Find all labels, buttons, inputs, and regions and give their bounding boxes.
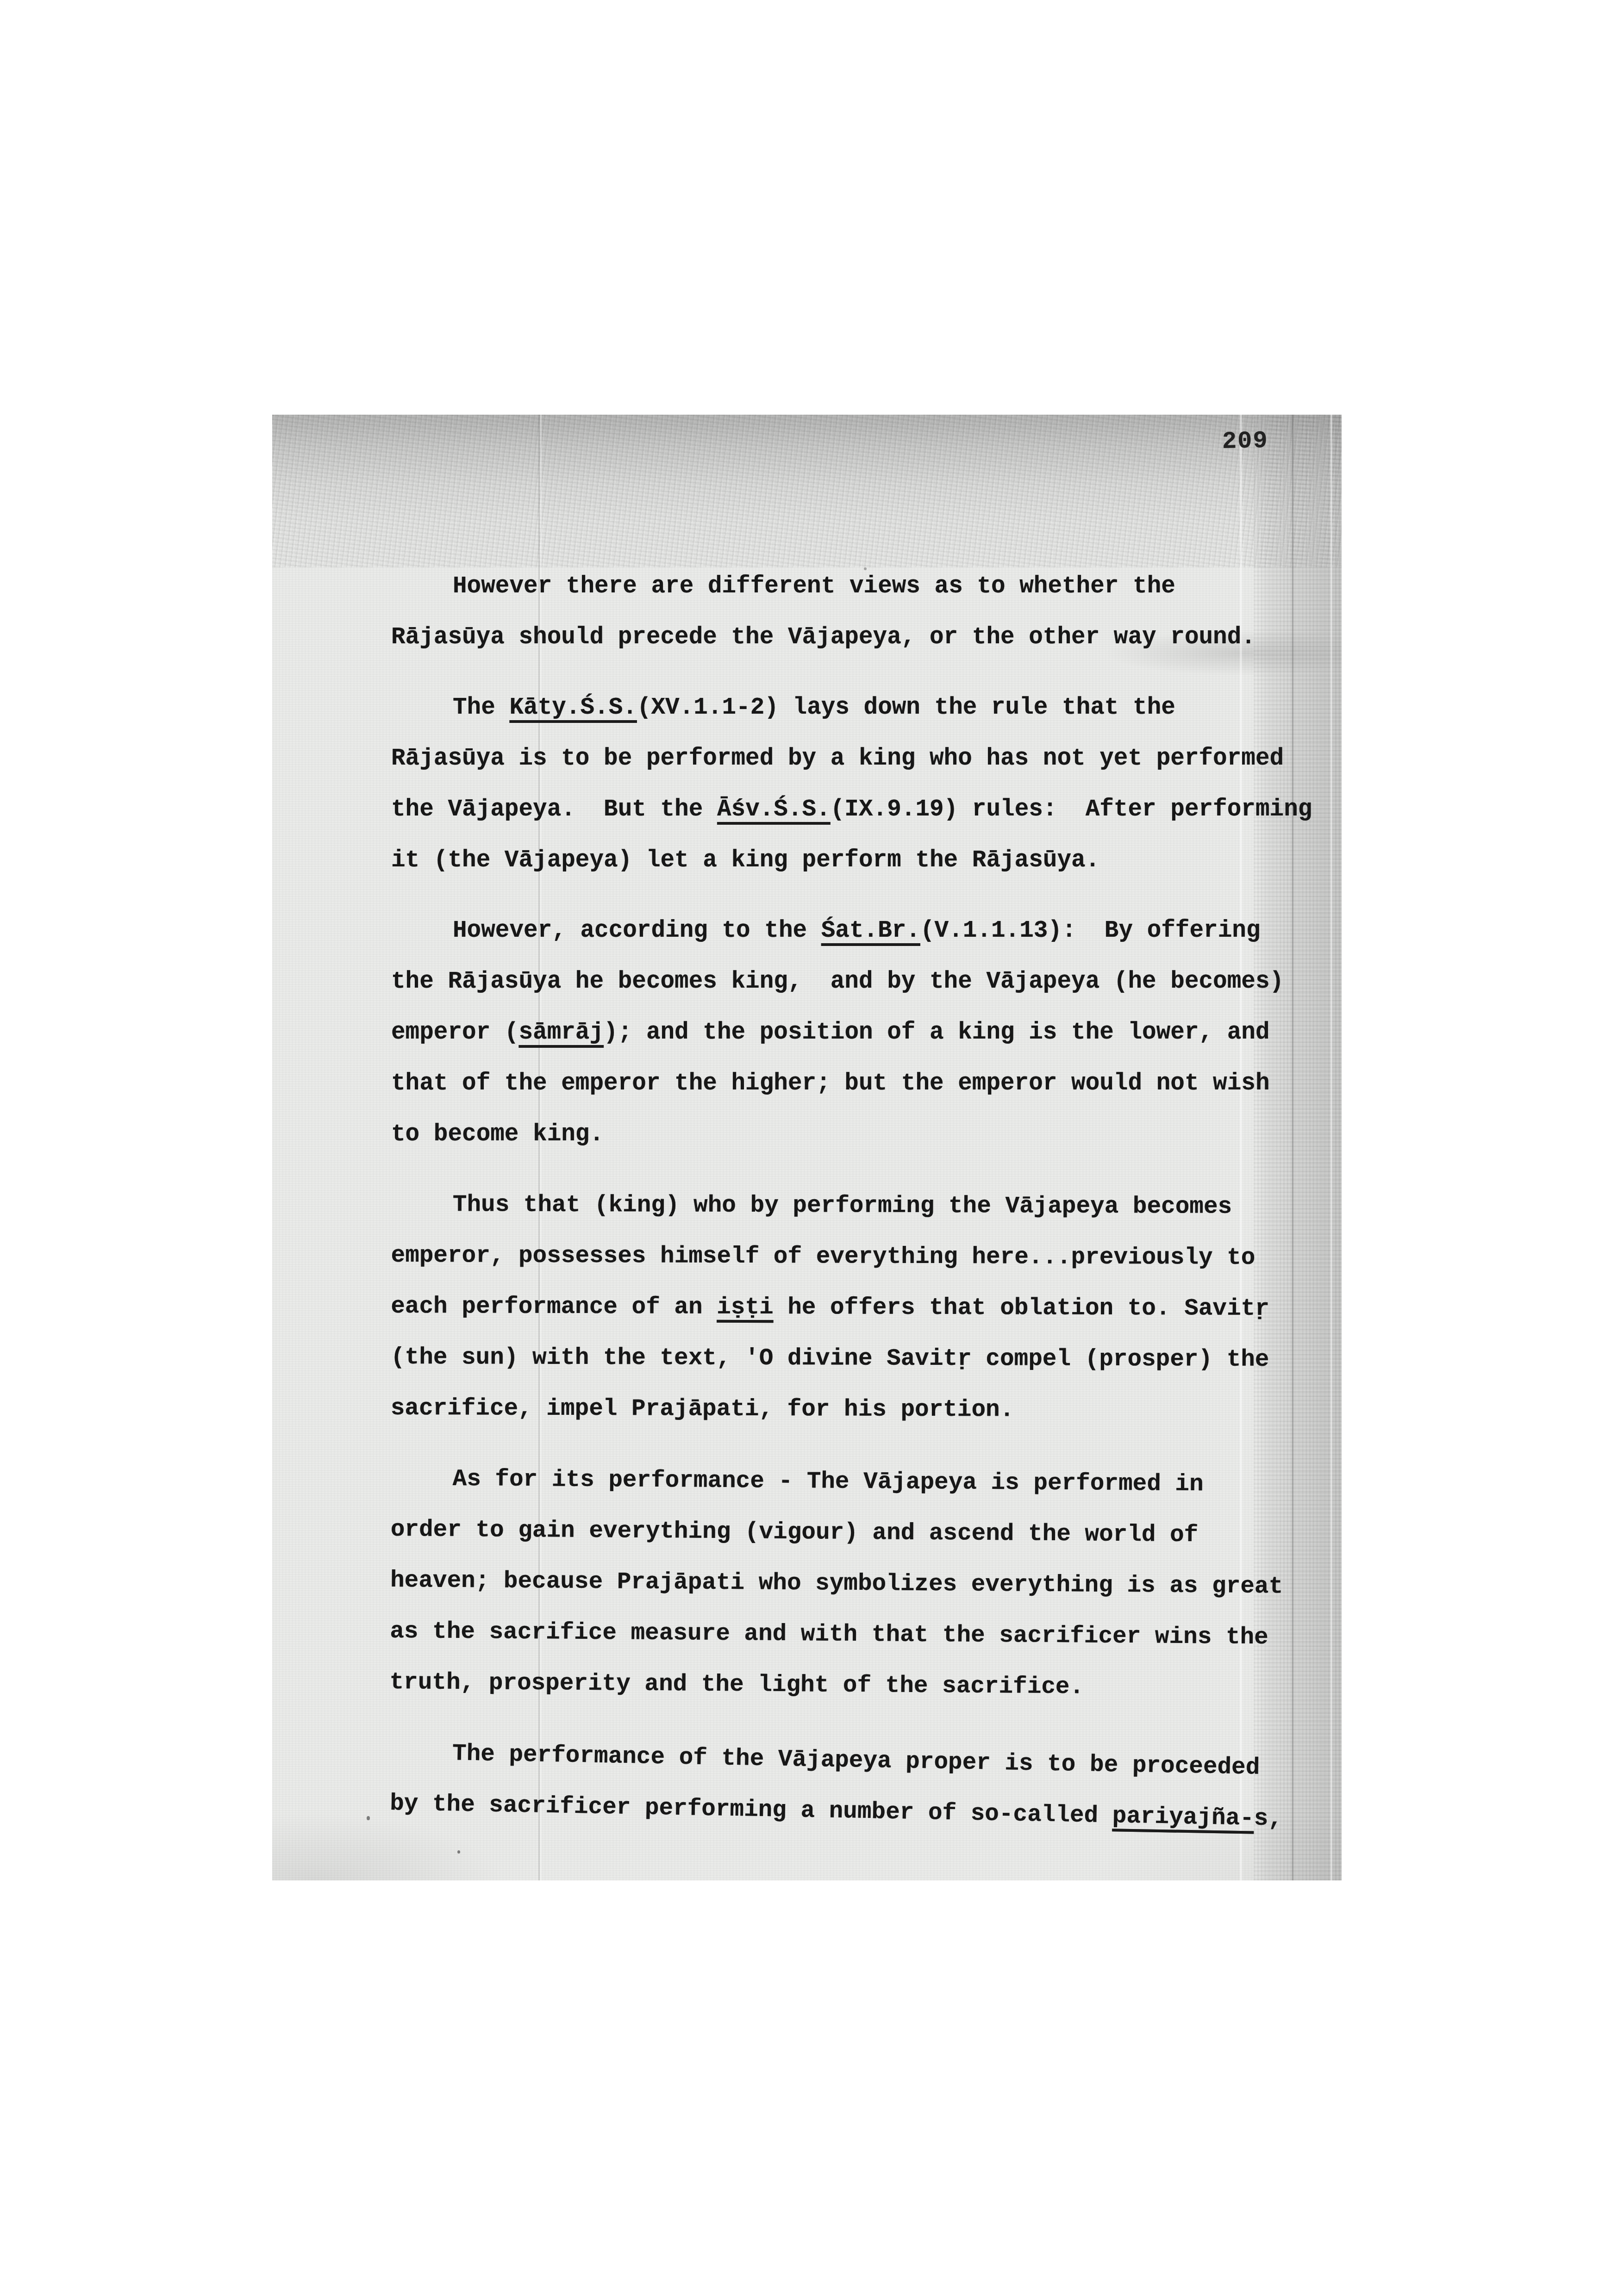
text-run: emperor, possesses himself of everything… (391, 1243, 1255, 1271)
text-run: (V.1.1.13): By offering (920, 918, 1261, 944)
typed-text: However there are different views as to … (391, 561, 1345, 1829)
text-line: heaven; because Prajāpati who symbolizes… (390, 1556, 1344, 1613)
text-line: to become king. (391, 1109, 1345, 1160)
ink-speck (367, 1816, 370, 1820)
text-run: it (the Vājapeya) let a king perform the… (391, 847, 1099, 874)
text-line: However, according to the Śat.Br.(V.1.1.… (391, 906, 1345, 957)
text-run: truth, prosperity and the light of the s… (389, 1669, 1084, 1700)
text-line: sacrifice, impel Prajāpati, for his port… (391, 1383, 1344, 1437)
text-line: that of the emperor the higher; but the … (391, 1058, 1345, 1109)
text-line: emperor, possesses himself of everything… (391, 1231, 1344, 1284)
text-run: The performance of the Vājapeya proper i… (452, 1741, 1260, 1781)
paragraph: However, according to the Śat.Br.(V.1.1.… (391, 906, 1345, 1160)
text-run: However, according to the (453, 918, 821, 944)
text-run: the Rājasūya he becomes king, and by the… (391, 969, 1284, 995)
underlined-term: iṣṭi (717, 1294, 774, 1321)
text-run: Rājasūya is to be performed by a king wh… (391, 746, 1284, 772)
underlined-term: Āśv.Ś.S. (717, 796, 831, 823)
top-scan-noise-band (272, 415, 1342, 567)
paragraph: Thus that (king) who by performing the V… (391, 1180, 1345, 1437)
text-run: to become king. (391, 1121, 604, 1148)
text-run: (the sun) with the text, 'O divine Savit… (391, 1344, 1269, 1373)
text-run: s, (1254, 1806, 1282, 1833)
text-line: the Vājapeya. But the Āśv.Ś.S.(IX.9.19) … (391, 784, 1345, 835)
text-run: Rājasūya should precede the Vājapeya, or… (391, 624, 1255, 651)
ink-speck (864, 567, 867, 570)
paragraph: However there are different views as to … (391, 561, 1345, 663)
text-run: sacrifice, impel Prajāpati, for his port… (391, 1395, 1014, 1424)
text-run: (IX.9.19) rules: After performing (831, 796, 1312, 823)
text-run: The (453, 695, 509, 721)
text-run: that of the emperor the higher; but the … (391, 1070, 1270, 1097)
text-line: However there are different views as to … (391, 561, 1345, 612)
text-run: However there are different views as to … (453, 573, 1175, 600)
text-run: heaven; because Prajāpati who symbolizes… (390, 1568, 1283, 1600)
paragraph: The Kāty.Ś.S.(XV.1.1-2) lays down the ru… (391, 683, 1345, 886)
text-run: the Vājapeya. But the (391, 796, 717, 823)
underlined-term: Kāty.Ś.S. (509, 695, 637, 721)
text-line: Thus that (king) who by performing the V… (391, 1180, 1345, 1233)
text-line: truth, prosperity and the light of the s… (389, 1657, 1343, 1715)
text-line: as the sacrifice measure and with that t… (390, 1606, 1344, 1664)
paragraph: The performance of the Vājapeya proper i… (389, 1728, 1345, 1846)
text-run: order to gain everything (vigour) and as… (391, 1517, 1199, 1549)
text-line: As for its performance - The Vājapeya is… (391, 1454, 1345, 1511)
screenshot-canvas: { "page": { "number": "209" }, "colors":… (0, 0, 1624, 2296)
text-run: he offers that oblation to. Savitṛ (774, 1294, 1269, 1322)
text-run: emperor ( (391, 1020, 518, 1046)
text-run: as the sacrifice measure and with that t… (390, 1618, 1268, 1651)
text-run: (XV.1.1-2) lays down the rule that the (637, 695, 1175, 721)
text-line: The Kāty.Ś.S.(XV.1.1-2) lays down the ru… (391, 683, 1345, 734)
text-run: Thus that (king) who by performing the V… (453, 1192, 1232, 1220)
text-line: Rājasūya is to be performed by a king wh… (391, 734, 1345, 784)
underlined-term: sāmrāj (518, 1020, 604, 1046)
underlined-term: Śat.Br. (821, 918, 920, 944)
scanned-page: 209 However there are different views as… (272, 415, 1342, 1880)
text-run: by the sacrificer performing a number of… (390, 1791, 1113, 1829)
text-line: order to gain everything (vigour) and as… (390, 1505, 1344, 1562)
text-run: ); and the position of a king is the low… (604, 1020, 1269, 1046)
text-line: the Rājasūya he becomes king, and by the… (391, 957, 1345, 1008)
text-line: (the sun) with the text, 'O divine Savit… (391, 1332, 1344, 1386)
page-number: 209 (1222, 427, 1268, 455)
text-line: emperor (sāmrāj); and the position of a … (391, 1008, 1345, 1058)
text-line: it (the Vājapeya) let a king perform the… (391, 835, 1345, 886)
ink-speck (457, 1850, 460, 1854)
text-run: As for its performance - The Vājapeya is… (452, 1466, 1203, 1498)
paragraph: As for its performance - The Vājapeya is… (389, 1454, 1345, 1715)
text-run: each performance of an (391, 1294, 717, 1321)
text-line: Rājasūya should precede the Vājapeya, or… (391, 612, 1345, 663)
text-line: each performance of an iṣṭi he offers th… (391, 1282, 1344, 1335)
underlined-term: pariyajña- (1112, 1803, 1254, 1832)
